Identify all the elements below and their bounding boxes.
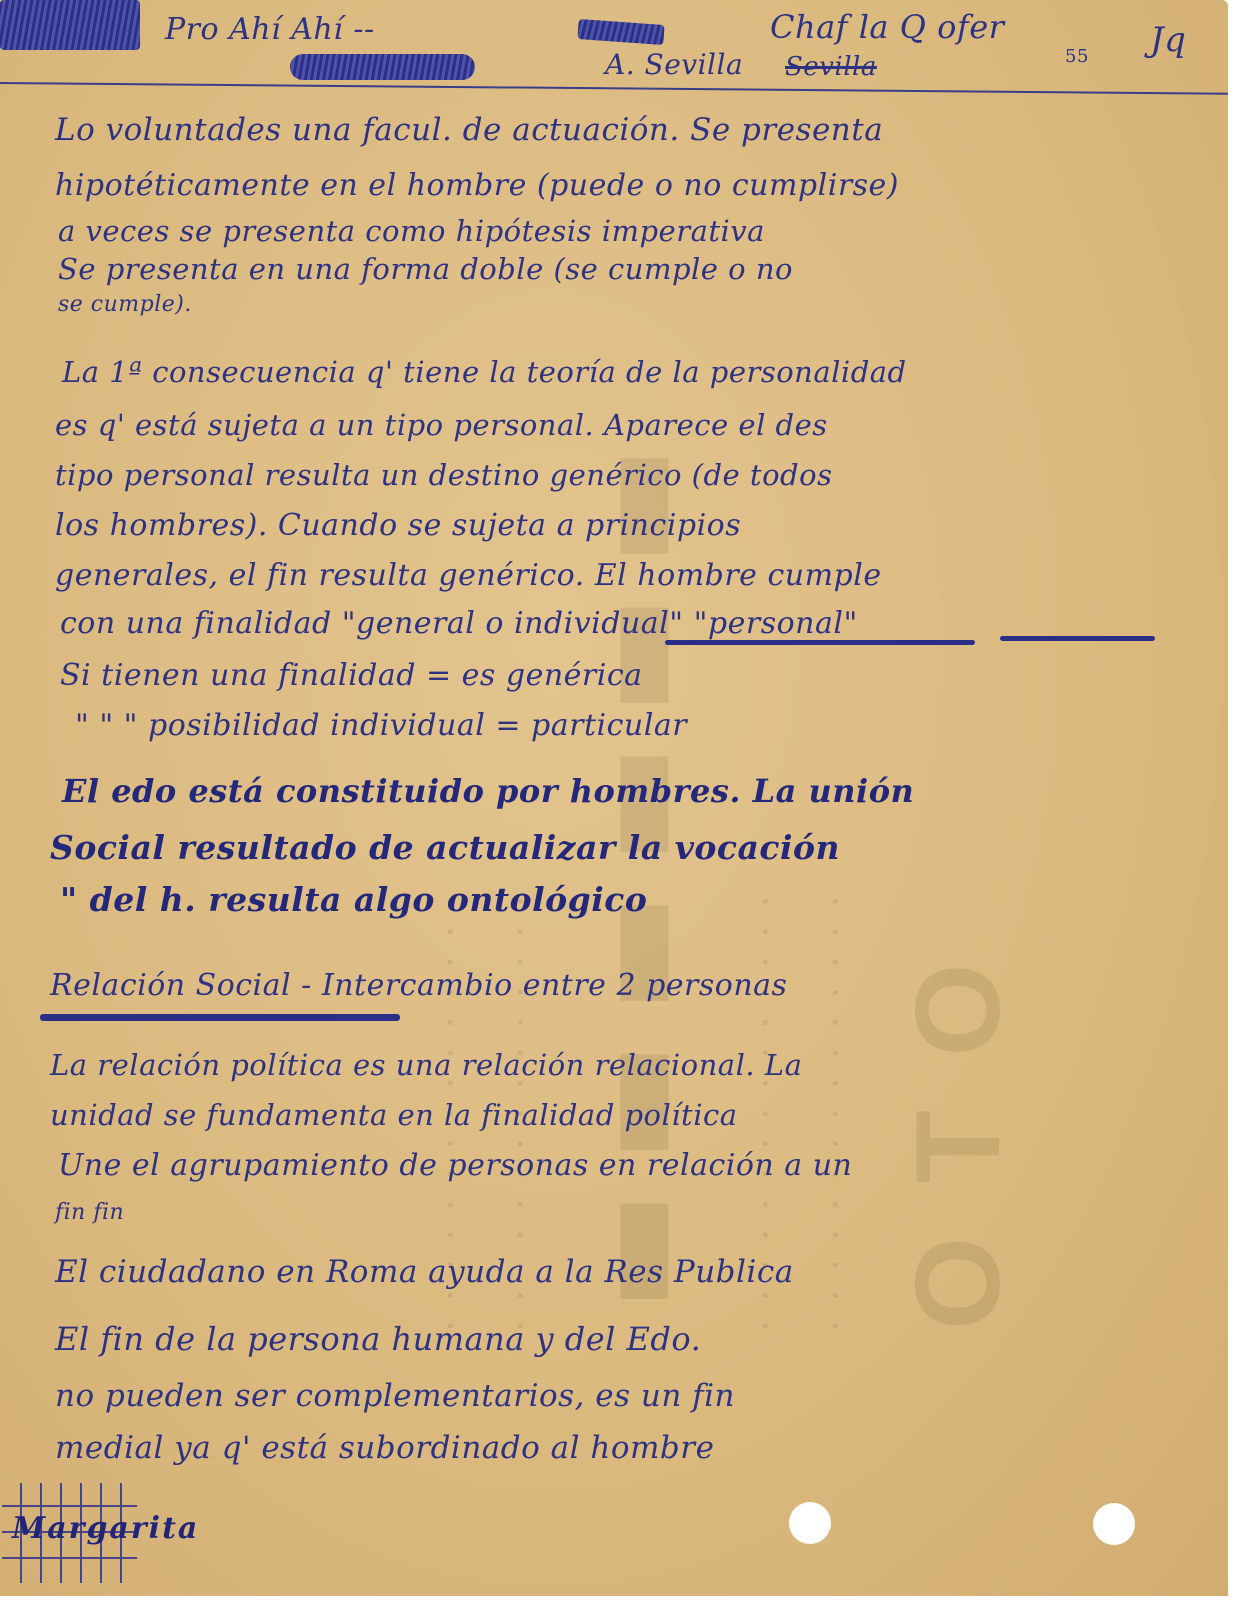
text-line: no pueden ser complementarios, es un fin [55,1378,735,1414]
signature-grid: Margarita [2,1483,137,1583]
text-line: hipotéticamente en el hombre (puede o no… [55,168,899,203]
text-line: tipo personal resulta un destino genéric… [55,458,832,492]
text-line: Social resultado de actualizar la vocaci… [50,828,840,867]
top-right-signature: Chaf la Q ofer [770,8,1004,46]
text-line: unidad se fundamenta en la finalidad pol… [50,1098,738,1132]
punch-hole-left [789,1502,831,1544]
page-number: 55 [1065,46,1089,67]
manuscript-page: · · · · · · · · · · · · · · · · · · · · … [0,0,1228,1596]
text-line: La 1ª consecuencia q' tiene la teoría de… [62,355,907,389]
text-line: Si tienen una finalidad = es genérica [60,658,643,693]
text-line: Une el agrupamiento de personas en relac… [58,1148,852,1183]
text-line: " del h. resulta algo ontológico [60,880,647,919]
text-line: se cumple). [58,292,192,317]
text-line: es q' está sujeta a un tipo personal. Ap… [55,408,828,442]
header-left-text: Pro Ahí Ahí -- [165,12,375,47]
text-line: La relación política es una relación rel… [50,1048,802,1082]
underline-relacion-social [40,1014,400,1021]
header-rule [0,82,1228,95]
text-line: generales, el fin resulta genérico. El h… [55,558,882,593]
text-line: los hombres). Cuando se sujeta a princip… [55,508,741,543]
header-scribble-left [0,0,140,50]
text-line: Relación Social - Intercambio entre 2 pe… [50,968,787,1003]
signature: Margarita [12,1511,199,1546]
header-scribble-mid [577,19,664,45]
text-line: con una finalidad "general o individual"… [60,606,858,641]
header-crossed-text: Sevilla [785,52,877,82]
underline-individual [665,640,975,645]
text-line: El fin de la persona humana y del Edo. [55,1320,701,1358]
text-line: " " " posibilidad individual = particula… [75,708,687,743]
text-line: El edo está constituido por hombres. La … [62,772,914,810]
text-line: a veces se presenta como hipótesis imper… [58,214,765,248]
right-mark: Jq [1150,20,1186,60]
text-line: fin fin [55,1200,124,1225]
text-line: El ciudadano en Roma ayuda a la Res Publ… [55,1254,794,1290]
underline-personal [1000,636,1155,641]
text-line: Se presenta en una forma doble (se cumpl… [58,252,793,286]
header-location: A. Sevilla [605,48,743,81]
crossed-out-word [290,54,475,80]
text-line: Lo voluntades una facul. de actuación. S… [55,112,883,148]
punch-hole-right [1093,1503,1135,1545]
text-line: medial ya q' está subordinado al hombre [55,1430,714,1466]
